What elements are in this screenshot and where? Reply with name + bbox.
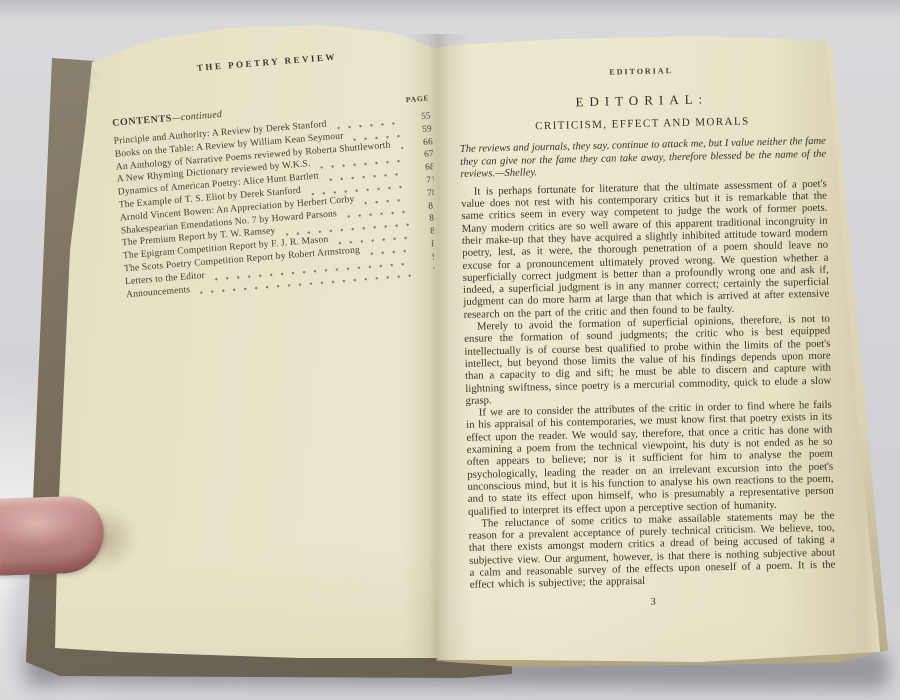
contents-block: THE POETRY REVIEW CONTENTS—continued PAG… (108, 44, 444, 301)
contents-continued: —continued (171, 109, 222, 124)
left-running-head: THE POETRY REVIEW (108, 44, 426, 79)
contents-word: CONTENTS (112, 113, 173, 129)
editorial-paragraph: It is perhaps fortunate for literature t… (461, 177, 830, 321)
editorial-paragraph: The reluctance of some critics to make a… (468, 509, 836, 591)
editorial-title: EDITORIAL: (459, 89, 825, 113)
toc-page-number: 71 (414, 175, 437, 187)
toc-page-number: 68 (413, 162, 436, 174)
epigraph-quote: The reviews and journals, they say, cont… (460, 136, 827, 182)
toc-page-number: 66 (410, 137, 433, 149)
toc-page-number: 59 (409, 124, 432, 136)
editorial-subtitle: CRITICISM, EFFECT AND MORALS (459, 114, 825, 134)
contents-label: CONTENTS—continued (112, 109, 223, 129)
page-column-header: PAGE (405, 93, 429, 104)
editorial-paragraph: If we are to consider the attributes of … (466, 399, 834, 518)
toc-page-number: 67 (411, 150, 434, 162)
dot-leader (401, 147, 404, 150)
editorial-paragraph: Merely to avoid the formation of superfi… (464, 313, 832, 407)
photo-of-open-book: THE POETRY REVIEW THE POETRY REVIEW CONT… (0, 0, 900, 700)
page-number: 3 (470, 592, 836, 611)
editorial-block: EDITORIAL EDITORIAL: CRITICISM, EFFECT A… (458, 58, 836, 612)
table-of-contents: Principle and Authority: A Review by Der… (113, 110, 443, 301)
toc-page-number: 55 (408, 111, 431, 123)
right-running-head: EDITORIAL (458, 63, 824, 80)
